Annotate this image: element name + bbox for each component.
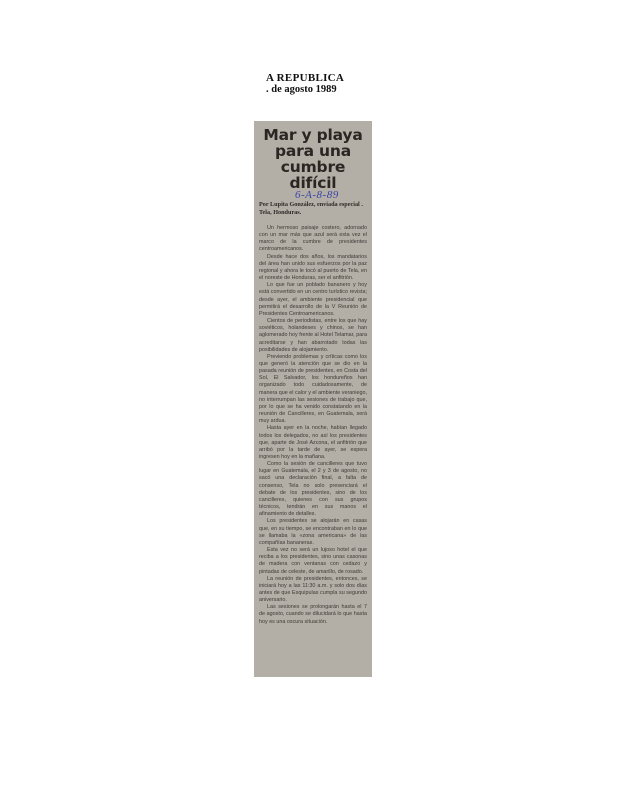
article-paragraph: Como la sesión de cancilleres que tuvo l… — [259, 461, 367, 518]
newspaper-masthead: A REPUBLICA . de agosto 1989 — [266, 72, 366, 96]
article-paragraph: Los presidentes se alojarán en casas que… — [259, 518, 367, 547]
article-paragraph: La reunión de presidentes, entonces, se … — [259, 576, 367, 605]
newspaper-clipping: Mar y playa para una cumbre difícil 6-A-… — [254, 121, 372, 677]
newspaper-name: A REPUBLICA — [266, 72, 366, 84]
article-byline: Por Lupita González, enviada especial . … — [259, 201, 367, 217]
article-paragraph: Un hermoso paisaje costero, adornado con… — [259, 225, 367, 254]
article-paragraph: Esta vez no será un lujoso hotel el que … — [259, 547, 367, 576]
article-paragraph: Desde hace dos años, los mandatarios del… — [259, 254, 367, 283]
handwritten-date-annotation: 6-A-8-89 — [295, 190, 367, 201]
headline-line: Mar y playa — [259, 127, 367, 143]
article-paragraph: Previendo problemas y críticas como los … — [259, 354, 367, 426]
article-paragraph: Cientos de periodistas, entre los que ha… — [259, 318, 367, 354]
article-paragraph: Las sesiones se prolongarán hasta el 7 d… — [259, 604, 367, 625]
article-body: Un hermoso paisaje costero, adornado con… — [259, 225, 367, 626]
article-paragraph: Lo que fue un poblado bananero y hoy est… — [259, 282, 367, 318]
headline-line: cumbre difícil — [259, 159, 367, 191]
article-paragraph: Hasta ayer en la noche, habían llegado t… — [259, 425, 367, 461]
publication-date: . de agosto 1989 — [266, 84, 366, 96]
article-headline: Mar y playa para una cumbre difícil — [259, 127, 367, 191]
headline-line: para una — [259, 143, 367, 159]
